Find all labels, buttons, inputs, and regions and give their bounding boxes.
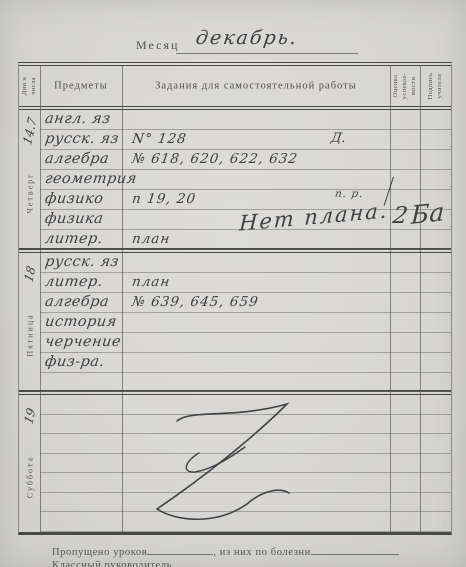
- saturday-z-scribble: [129, 395, 339, 536]
- teacher-signature: Ба: [410, 197, 446, 229]
- handwritten-date: 14.7: [18, 116, 41, 146]
- handwritten-date: 18: [19, 264, 40, 283]
- handwritten-note-pr: п. р.: [335, 184, 364, 202]
- column-divider: [122, 66, 123, 532]
- day-block-saturday: 19 Суббота: [19, 395, 451, 532]
- header-grade-column: Оценка успевае- мости: [390, 66, 420, 106]
- day-block-friday: 18 Пятница русск. яз литер.план алгебра№…: [19, 253, 451, 390]
- table-header: Дни и числа Предметы Задания для самосто…: [19, 66, 451, 110]
- header-signature-column: Подпись учителя: [420, 66, 452, 106]
- date-column: 18 Пятница: [19, 253, 40, 390]
- class-teacher-line: Классный руководитель: [52, 560, 172, 567]
- diary-page-scan: Месяц декабрь. Дни и числа Предметы Зада…: [0, 0, 466, 567]
- header-assignments-column: Задания для самостоятельной работы: [122, 66, 390, 106]
- date-column: 19 Суббота: [19, 395, 40, 532]
- day-name-label: Четверг: [25, 172, 34, 213]
- column-divider: [390, 66, 391, 532]
- month-handwritten-value: декабрь.: [196, 27, 298, 49]
- day-block-thursday: 14.7 Четверг англ. яз русск. язN° 128 ал…: [19, 110, 451, 248]
- missed-lessons-line: Пропущено уроков, из них по болезни: [52, 545, 399, 558]
- day-name-label: Пятница: [25, 314, 34, 357]
- day-name-label: Суббота: [25, 456, 34, 498]
- missed-lessons-label: Пропущено уроков: [52, 547, 147, 558]
- month-label: Месяц: [136, 38, 179, 53]
- column-divider: [420, 66, 421, 532]
- diary-table: Дни и числа Предметы Задания для самосто…: [18, 62, 452, 535]
- grade-mark: 2: [393, 203, 408, 229]
- header-subjects-column: Предметы: [40, 66, 122, 106]
- date-column: 14.7 Четверг: [19, 110, 40, 248]
- header-date-column: Дни и числа: [19, 66, 40, 106]
- handwritten-note-d: Д.: [331, 129, 346, 147]
- class-teacher-label: Классный руководитель: [52, 560, 172, 567]
- month-underline: [176, 53, 358, 54]
- sick-blank: [311, 545, 399, 555]
- sick-label: , из них по болезни: [213, 547, 311, 558]
- missed-lessons-blank: [147, 545, 213, 555]
- column-divider: [40, 66, 41, 532]
- handwritten-date: 19: [19, 406, 40, 425]
